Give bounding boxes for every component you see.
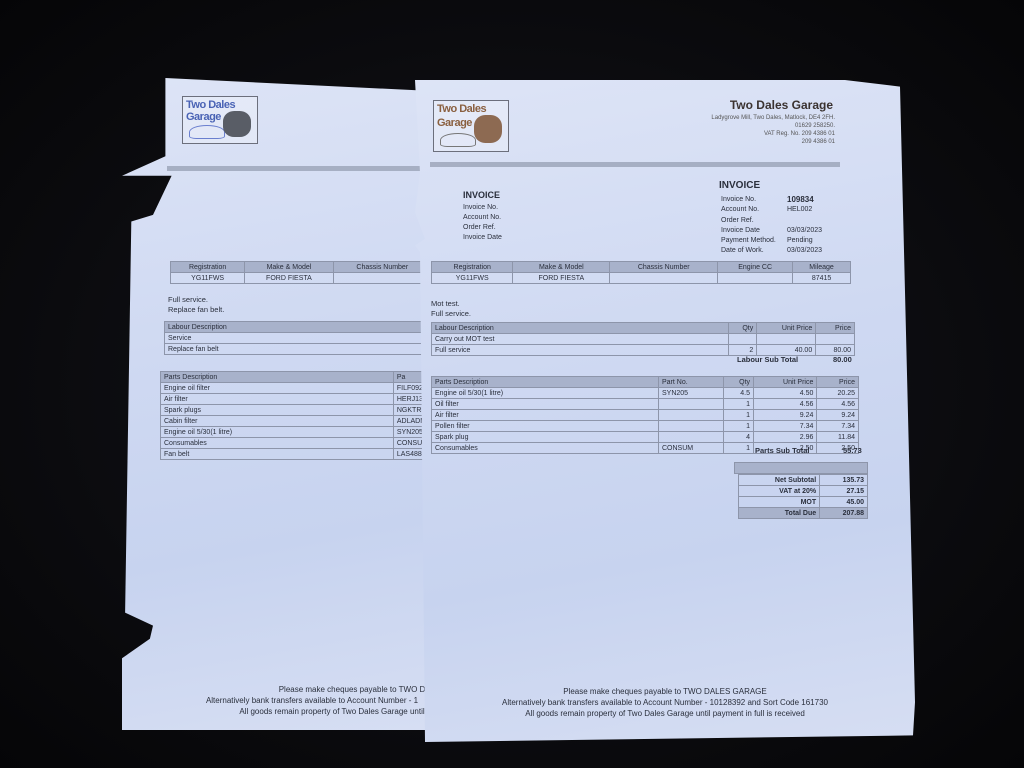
- parts-cell: 9.24: [754, 410, 817, 421]
- labour-header: Qty: [729, 323, 757, 334]
- parts-cell: 2.96: [754, 432, 817, 443]
- invoice-fields: Invoice No.109834Account No.HEL002Order …: [721, 195, 822, 257]
- parts-cell: Oil filter: [432, 399, 659, 410]
- back-notes: Full service. Replace fan belt.: [168, 295, 224, 315]
- back-parts-cell: Spark plugs: [161, 405, 394, 416]
- garage-name: Two Dales Garage: [730, 98, 833, 112]
- parts-subtotal-label: Parts Sub Total: [755, 446, 809, 455]
- labour-header: Labour Description: [432, 323, 729, 334]
- totals-row: VAT at 20%27.15: [739, 486, 868, 497]
- back-invoice-title: INVOICE: [463, 190, 500, 200]
- labour-subtotal-label: Labour Sub Total: [737, 355, 798, 364]
- front-invoice-sheet: Two Dales Garage Two Dales Garage Ladygr…: [415, 80, 915, 742]
- labour-cell: 2: [729, 345, 757, 356]
- invoice-field-label: Date of Work.: [721, 246, 787, 256]
- parts-header: Parts Description: [432, 377, 659, 388]
- invoice-field-row: Invoice Date03/03/2023: [721, 226, 822, 236]
- parts-cell: Air filter: [432, 410, 659, 421]
- parts-cell: 7.34: [817, 421, 859, 432]
- parts-cell: 1: [723, 399, 753, 410]
- tractor-icon: [223, 111, 251, 137]
- totals-value: 45.00: [820, 497, 868, 508]
- invoice-field-row: Order Ref.: [721, 216, 822, 226]
- labour-row: Full service240.0080.00: [432, 345, 855, 356]
- vehicle-value: [718, 273, 793, 284]
- parts-cell: Pollen filter: [432, 421, 659, 432]
- back-parts-row: Spark plugsNGKTR5: [161, 405, 432, 416]
- parts-cell: 9.24: [817, 410, 859, 421]
- back-parts-table: Parts DescriptionPa Engine oil filterFIL…: [160, 371, 432, 460]
- totals-header-bar: [734, 462, 868, 474]
- back-invoice-field-labels: Invoice No. Account No. Order Ref. Invoi…: [463, 203, 502, 243]
- invoice-field-label: Order Ref.: [721, 216, 787, 226]
- vehicle-header: Mileage: [793, 262, 851, 273]
- labour-row: Carry out MOT test: [432, 334, 855, 345]
- back-parts-row: Engine oil 5/30(1 litre)SYN205: [161, 427, 432, 438]
- parts-cell: [659, 421, 724, 432]
- totals-label: MOT: [739, 497, 820, 508]
- parts-header: Part No.: [659, 377, 724, 388]
- tractor-icon: [474, 115, 502, 143]
- totals-label: Total Due: [739, 508, 820, 519]
- back-parts-row: Cabin filterADLADM: [161, 416, 432, 427]
- totals-row: Net Subtotal135.73: [739, 475, 868, 486]
- parts-cell: [659, 410, 724, 421]
- back-parts-row: Air filterHERJ13: [161, 394, 432, 405]
- invoice-footer: Please make cheques payable to TWO DALES…: [485, 686, 845, 719]
- totals-value: 135.73: [820, 475, 868, 486]
- totals-label: VAT at 20%: [739, 486, 820, 497]
- back-labour-table: Labour Description Service Replace fan b…: [164, 321, 432, 355]
- invoice-field-row: Date of Work.03/03/2023: [721, 246, 822, 256]
- invoice-field-value: 109834: [787, 195, 814, 205]
- vehicle-value: FORD FIESTA: [513, 273, 610, 284]
- vehicle-value: [610, 273, 718, 284]
- parts-cell: Consumables: [432, 443, 659, 454]
- parts-row: Air filter19.249.24: [432, 410, 859, 421]
- parts-cell: 1: [723, 443, 753, 454]
- logo-text: Garage: [186, 111, 221, 123]
- labour-header: Price: [816, 323, 855, 334]
- parts-header: Qty: [723, 377, 753, 388]
- vehicle-header: Registration: [432, 262, 513, 273]
- labour-table: Labour DescriptionQtyUnit PricePriceCarr…: [431, 322, 855, 356]
- invoice-title: INVOICE: [719, 180, 760, 191]
- back-parts-cell: Air filter: [161, 394, 394, 405]
- parts-header: Price: [817, 377, 859, 388]
- invoice-field-label: Account No.: [721, 205, 787, 215]
- parts-cell: 4.5: [723, 388, 753, 399]
- labour-cell: [757, 334, 816, 345]
- parts-cell: 11.84: [817, 432, 859, 443]
- parts-header: Unit Price: [754, 377, 817, 388]
- labour-cell: Full service: [432, 345, 729, 356]
- vehicle-value: YG11FWS: [432, 273, 513, 284]
- invoice-field-label: Payment Method.: [721, 236, 787, 246]
- parts-cell: 1: [723, 421, 753, 432]
- vehicle-header: Engine CC: [718, 262, 793, 273]
- invoice-field-value: HEL002: [787, 205, 812, 215]
- labour-subtotal-value: 80.00: [833, 355, 852, 364]
- parts-cell: 4.50: [754, 388, 817, 399]
- parts-row: Pollen filter17.347.34: [432, 421, 859, 432]
- invoice-field-value: 03/03/2023: [787, 226, 822, 236]
- invoice-field-value: Pending: [787, 236, 813, 246]
- parts-row: Oil filter14.564.56: [432, 399, 859, 410]
- parts-cell: CONSUM: [659, 443, 724, 454]
- totals-row: MOT45.00: [739, 497, 868, 508]
- parts-cell: Engine oil 5/30(1 litre): [432, 388, 659, 399]
- labour-cell: 80.00: [816, 345, 855, 356]
- parts-cell: Spark plug: [432, 432, 659, 443]
- back-parts-cell: Cabin filter: [161, 416, 394, 427]
- parts-cell: 20.25: [817, 388, 859, 399]
- totals-label: Net Subtotal: [739, 475, 820, 486]
- totals-value: 27.15: [820, 486, 868, 497]
- invoice-field-value: 03/03/2023: [787, 246, 822, 256]
- vehicle-value: 87415: [793, 273, 851, 284]
- invoice-field-label: Invoice No.: [721, 195, 787, 205]
- vehicle-header: Make & Model: [513, 262, 610, 273]
- back-invoice-sheet: Two Dales Garage RegistrationMake & Mode…: [122, 78, 432, 730]
- garage-address: Ladygrove Mill, Two Dales, Matlock, DE4 …: [711, 114, 835, 146]
- labour-cell: [816, 334, 855, 345]
- garage-logo: Two Dales Garage: [182, 96, 258, 144]
- logo-text: Garage: [437, 117, 472, 129]
- divider: [430, 162, 840, 167]
- labour-header: Unit Price: [757, 323, 816, 334]
- parts-cell: [659, 399, 724, 410]
- back-parts-cell: Engine oil 5/30(1 litre): [161, 427, 394, 438]
- parts-row: Engine oil 5/30(1 litre)SYN2054.54.5020.…: [432, 388, 859, 399]
- back-parts-row: Fan beltLAS488: [161, 449, 432, 460]
- back-parts-cell: Consumables: [161, 438, 394, 449]
- vehicle-table: RegistrationMake & ModelChassis NumberEn…: [431, 261, 851, 284]
- back-parts-cell: Fan belt: [161, 449, 394, 460]
- labour-cell: Carry out MOT test: [432, 334, 729, 345]
- garage-logo: Two Dales Garage: [433, 100, 509, 152]
- totals-row: Total Due207.88: [739, 508, 868, 519]
- back-footer: Please make cheques payable to TWO D Alt…: [182, 684, 442, 717]
- back-parts-cell: Engine oil filter: [161, 383, 394, 394]
- invoice-field-row: Account No.HEL002: [721, 205, 822, 215]
- back-parts-row: ConsumablesCONSUM: [161, 438, 432, 449]
- car-icon: [189, 125, 225, 139]
- parts-cell: 4: [723, 432, 753, 443]
- back-parts-row: Engine oil filterFILF092: [161, 383, 432, 394]
- parts-cell: 1: [723, 410, 753, 421]
- parts-row: Spark plug42.9611.84: [432, 432, 859, 443]
- labour-cell: [729, 334, 757, 345]
- parts-cell: 4.56: [817, 399, 859, 410]
- parts-cell: [659, 432, 724, 443]
- logo-text: Two Dales: [186, 99, 235, 111]
- invoice-field-label: Invoice Date: [721, 226, 787, 236]
- car-icon: [440, 133, 476, 147]
- parts-cell: SYN205: [659, 388, 724, 399]
- totals-table: Net Subtotal135.73VAT at 20%27.15MOT45.0…: [738, 474, 868, 519]
- invoice-field-row: Payment Method.Pending: [721, 236, 822, 246]
- parts-cell: 4.56: [754, 399, 817, 410]
- logo-text: Two Dales: [437, 103, 486, 115]
- labour-cell: 40.00: [757, 345, 816, 356]
- parts-cell: 7.34: [754, 421, 817, 432]
- divider: [167, 166, 432, 171]
- totals-value: 207.88: [820, 508, 868, 519]
- job-notes: Mot test. Full service.: [431, 299, 471, 319]
- vehicle-header: Chassis Number: [610, 262, 718, 273]
- parts-subtotal-value: 55.73: [843, 446, 862, 455]
- parts-table: Parts DescriptionPart No.QtyUnit PricePr…: [431, 376, 859, 454]
- invoice-field-row: Invoice No.109834: [721, 195, 822, 205]
- back-vehicle-table: RegistrationMake & ModelChassis Number Y…: [170, 261, 432, 284]
